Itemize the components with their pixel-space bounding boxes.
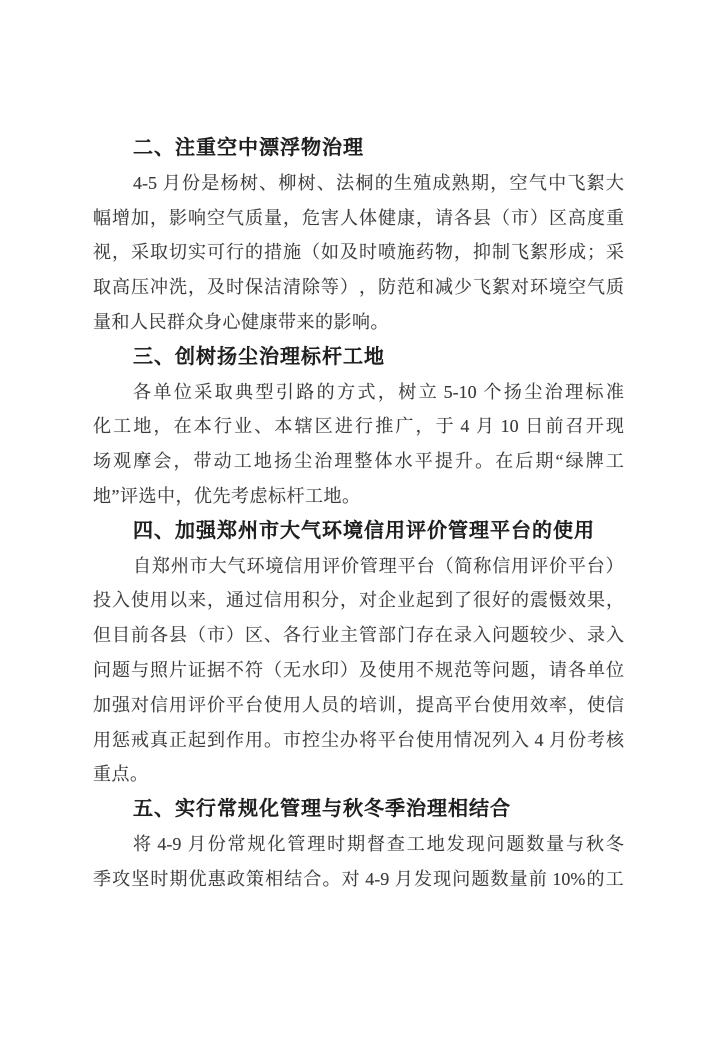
- text-run: 气: [587, 270, 605, 305]
- text-run: 危: [302, 201, 320, 236]
- text-run: 入: [473, 618, 491, 653]
- text-run: 强: [112, 688, 130, 723]
- text-run: 督: [367, 827, 385, 862]
- text-run: 以: [169, 583, 187, 618]
- text-run: 管: [360, 549, 378, 584]
- text-run: 各: [454, 201, 472, 236]
- text-run: 市: [207, 618, 225, 653]
- text-run: 在: [435, 618, 453, 653]
- text-run: 办: [340, 723, 358, 758]
- text-run: 存: [416, 618, 434, 653]
- text-run: ，: [340, 583, 358, 618]
- text-run: 冬: [606, 827, 624, 862]
- text-run: 用: [283, 688, 301, 723]
- text-run: 施: [283, 235, 301, 270]
- text-run: 采: [194, 375, 212, 410]
- text-run: 法: [336, 166, 354, 201]
- text-run: 典: [235, 375, 253, 410]
- text-run: 场: [93, 444, 111, 479]
- text-run: ；: [587, 235, 605, 270]
- text-run: 立: [419, 375, 437, 410]
- text-run: 前: [529, 862, 547, 897]
- text-run: 洗: [169, 270, 187, 305]
- text-run: 前: [131, 618, 149, 653]
- text-run: 市: [511, 201, 529, 236]
- text-run: 使: [492, 688, 510, 723]
- text-run: 题: [511, 653, 529, 688]
- text-run: 絮: [587, 166, 605, 201]
- text-run: ，: [454, 235, 472, 270]
- text-run: 工: [606, 444, 624, 479]
- text-run: 份: [182, 166, 200, 201]
- text-run: 的: [375, 166, 393, 201]
- text-run: 各: [150, 618, 168, 653]
- text-run: ）: [226, 618, 244, 653]
- text-run: 本: [274, 409, 292, 444]
- text-run: 简: [454, 549, 472, 584]
- text-run: 区: [315, 409, 333, 444]
- text-run: 工: [113, 409, 131, 444]
- text-run: 考: [587, 723, 605, 758]
- text-run: 不: [416, 653, 434, 688]
- text-run: 行: [226, 235, 244, 270]
- text-run: 高: [112, 270, 130, 305]
- text-run: 来: [188, 583, 206, 618]
- text-run: 期: [170, 862, 188, 897]
- text-run: 害: [321, 201, 339, 236]
- text-run: 用: [397, 653, 415, 688]
- text-run: 10%: [548, 862, 586, 897]
- text-run: 带: [194, 444, 212, 479]
- text-run: 合: [303, 862, 321, 897]
- text-run: 位: [174, 375, 192, 410]
- body-line: 取高压冲洗，及时保洁清除等），防范和减少飞絮对环境空气质: [93, 270, 624, 305]
- text-run: ）: [340, 270, 358, 305]
- text-run: 10: [496, 409, 523, 444]
- text-run: 对: [342, 862, 360, 897]
- text-run: ，: [378, 375, 396, 410]
- text-run: 证: [188, 653, 206, 688]
- text-run: 政: [227, 862, 245, 897]
- text-run: ，: [490, 166, 508, 201]
- text-run: 请: [435, 201, 453, 236]
- text-run: 桐: [355, 166, 373, 201]
- text-run: 影: [169, 201, 187, 236]
- text-run: 生: [394, 166, 412, 201]
- text-run: 各: [283, 618, 301, 653]
- text-run: 用: [245, 723, 263, 758]
- text-run: 率: [549, 688, 567, 723]
- text-run: 空: [510, 166, 528, 201]
- text-run: 工: [234, 444, 252, 479]
- text-run: 取: [150, 235, 168, 270]
- text-run: 成: [432, 166, 450, 201]
- text-run: 后: [515, 444, 533, 479]
- text-run: 震: [530, 583, 548, 618]
- body-line: 将 4-9 月份常规化管理时期督查工地发现问题数量与秋冬: [93, 827, 624, 862]
- text-run: 提: [435, 444, 453, 479]
- text-run: 取: [215, 375, 233, 410]
- text-run: 市: [283, 723, 301, 758]
- text-run: 准: [606, 375, 624, 410]
- body-line: 问题与照片证据不符（无水印）及使用不规范等问题，请各单位: [93, 653, 624, 688]
- text-run: 行: [355, 409, 373, 444]
- text-run: 。: [475, 444, 493, 479]
- text-run: 及: [340, 235, 358, 270]
- text-run: 郑: [152, 549, 170, 584]
- text-run: 治: [314, 444, 332, 479]
- body-line: 幅增加，影响空气质量，危害人体健康，请各县（市）区高度重: [93, 201, 624, 236]
- text-run: 区: [549, 201, 567, 236]
- text-run: 的: [340, 688, 358, 723]
- text-run: 县: [473, 201, 491, 236]
- text-run: 如: [321, 235, 339, 270]
- text-run: 到: [207, 723, 225, 758]
- text-run: 冲: [150, 270, 168, 305]
- text-run: 培: [359, 688, 377, 723]
- text-run: （: [264, 653, 282, 688]
- text-run: 于: [436, 409, 454, 444]
- text-run: 核: [606, 723, 624, 758]
- text-run: 主: [340, 618, 358, 653]
- text-run: 会: [153, 444, 171, 479]
- text-run: 起: [416, 583, 434, 618]
- text-run: 时: [226, 270, 244, 305]
- text-run: 台: [587, 549, 605, 584]
- text-run: 信: [492, 549, 510, 584]
- text-run: 用: [435, 723, 453, 758]
- text-run: 单: [587, 653, 605, 688]
- text-run: 尘: [294, 444, 312, 479]
- text-run: 慑: [549, 583, 567, 618]
- text-run: 高: [435, 688, 453, 723]
- text-run: 康: [397, 201, 415, 236]
- text-run: 4: [530, 723, 548, 758]
- text-run: ，: [397, 688, 415, 723]
- text-run: 惩: [112, 723, 130, 758]
- body-line: 各单位采取典型引路的方式，树立 5-10 个扬尘治理标准: [93, 375, 624, 410]
- text-run: ，: [530, 653, 548, 688]
- text-run: 治: [545, 375, 563, 410]
- text-run: 期: [471, 166, 489, 201]
- text-run: 台: [397, 723, 415, 758]
- text-run: 4-5: [133, 166, 162, 201]
- text-run: 市: [190, 549, 208, 584]
- text-run: 期: [347, 827, 365, 862]
- text-run: 使: [264, 688, 282, 723]
- text-run: 压: [131, 270, 149, 305]
- document-text: 二、注重空中漂浮物治理4-5 月份是杨树、柳树、法桐的生殖成熟期，空气中飞絮大幅…: [93, 131, 624, 897]
- text-run: 门: [397, 618, 415, 653]
- text-run: 企: [378, 583, 396, 618]
- text-run: 州: [171, 549, 189, 584]
- text-run: 气: [228, 549, 246, 584]
- text-run: 效: [568, 583, 586, 618]
- text-run: 分: [321, 583, 339, 618]
- text-run: 信: [150, 688, 168, 723]
- text-run: 况: [473, 723, 491, 758]
- text-run: 使: [587, 688, 605, 723]
- text-run: 用: [511, 549, 529, 584]
- text-run: 形: [549, 235, 567, 270]
- text-run: 的: [587, 862, 605, 897]
- text-run: ，: [606, 583, 624, 618]
- text-run: 积: [302, 583, 320, 618]
- text-run: 月: [163, 166, 181, 201]
- text-run: 攻: [112, 862, 130, 897]
- text-run: 查: [387, 827, 405, 862]
- text-run: 5-10: [439, 375, 481, 410]
- text-run: 4: [456, 409, 474, 444]
- text-run: 防: [378, 270, 396, 305]
- text-run: 用: [303, 549, 321, 584]
- text-run: ，: [207, 583, 225, 618]
- text-run: 响: [188, 201, 206, 236]
- text-run: 对: [359, 583, 377, 618]
- text-run: 观: [113, 444, 131, 479]
- text-run: 入: [511, 723, 529, 758]
- text-run: 用: [150, 583, 168, 618]
- text-run: 4-9: [361, 862, 394, 897]
- text-run: ，: [112, 235, 130, 270]
- body-line: 但目前各县（市）区、各行业主管部门存在录入问题较少、录入: [93, 618, 624, 653]
- text-run: 但: [93, 618, 111, 653]
- text-run: 日: [525, 409, 543, 444]
- text-run: 现: [606, 409, 624, 444]
- text-run: 范: [454, 653, 472, 688]
- text-run: 采: [131, 235, 149, 270]
- text-run: 绿: [566, 444, 584, 479]
- text-run: 各: [133, 375, 151, 410]
- text-run: 召: [566, 409, 584, 444]
- text-run: 大: [606, 166, 624, 201]
- text-run: 将: [133, 827, 151, 862]
- text-run: 等: [321, 270, 339, 305]
- text-run: 喷: [378, 235, 396, 270]
- text-run: 部: [378, 618, 396, 653]
- text-run: 飞: [567, 166, 585, 201]
- text-run: 洁: [264, 270, 282, 305]
- text-run: 絮: [492, 270, 510, 305]
- text-run: 在: [174, 409, 192, 444]
- text-run: 少: [549, 618, 567, 653]
- body-line: 投入使用以来，通过信用积分，对企业起到了很好的震慑效果，: [93, 583, 624, 618]
- text-run: 时: [359, 235, 377, 270]
- text-run: 使: [416, 723, 434, 758]
- text-run: 题: [511, 618, 529, 653]
- text-run: 台: [417, 549, 435, 584]
- section-heading: 三、创树扬尘治理标杆工地: [93, 340, 624, 375]
- text-run: 施: [397, 235, 415, 270]
- text-run: 用: [93, 723, 111, 758]
- text-run: 标: [586, 375, 604, 410]
- text-run: 絮: [530, 235, 548, 270]
- text-run: 除: [302, 270, 320, 305]
- text-run: 的: [317, 375, 335, 410]
- text-run: 飞: [473, 270, 491, 305]
- text-run: 问: [93, 653, 111, 688]
- text-run: 的: [245, 235, 263, 270]
- text-run: 果: [587, 583, 605, 618]
- text-run: 平: [568, 549, 586, 584]
- text-run: 题: [506, 827, 524, 862]
- text-run: ，: [150, 201, 168, 236]
- text-run: 目: [112, 618, 130, 653]
- text-run: 健: [378, 201, 396, 236]
- text-run: 扬: [274, 444, 292, 479]
- text-run: “: [556, 444, 564, 479]
- text-run: 度: [587, 201, 605, 236]
- text-run: （: [436, 549, 454, 584]
- text-run: 问: [486, 827, 504, 862]
- text-run: 时: [150, 862, 168, 897]
- text-run: 广: [395, 409, 413, 444]
- text-run: 区: [245, 618, 263, 653]
- text-run: 问: [452, 862, 470, 897]
- text-run: 人: [302, 688, 320, 723]
- text-run: 业: [234, 409, 252, 444]
- text-run: 份: [208, 827, 226, 862]
- text-run: 单: [153, 375, 171, 410]
- text-run: 通: [226, 583, 244, 618]
- text-run: 使: [131, 583, 149, 618]
- text-run: 信: [264, 583, 282, 618]
- body-line: 4-5 月份是杨树、柳树、法桐的生殖成熟期，空气中飞絮大: [93, 166, 624, 201]
- text-run: 了: [454, 583, 472, 618]
- text-run: 数: [491, 862, 509, 897]
- text-run: 水: [302, 653, 320, 688]
- text-run: 月: [395, 862, 413, 897]
- text-run: 化: [267, 827, 285, 862]
- text-run: 月: [549, 723, 567, 758]
- text-run: 柳: [278, 166, 296, 201]
- text-run: 题: [112, 653, 130, 688]
- text-run: 气: [226, 201, 244, 236]
- text-run: 份: [568, 723, 586, 758]
- text-run: 位: [606, 653, 624, 688]
- text-run: 称: [473, 549, 491, 584]
- text-run: 清: [283, 270, 301, 305]
- text-run: 管: [287, 827, 305, 862]
- text-run: 片: [169, 653, 187, 688]
- body-line: 场观摩会，带动工地扬尘治理整体水平提升。在后期“绿牌工: [93, 444, 624, 479]
- text-run: 员: [321, 688, 339, 723]
- text-run: 可: [207, 235, 225, 270]
- text-run: 理: [565, 375, 583, 410]
- text-run: 地: [133, 409, 151, 444]
- text-run: 起: [188, 723, 206, 758]
- text-run: 很: [473, 583, 491, 618]
- text-run: 现: [433, 862, 451, 897]
- text-run: ）: [340, 653, 358, 688]
- text-run: 实: [188, 235, 206, 270]
- text-run: 境: [265, 549, 283, 584]
- text-run: 尘: [524, 375, 542, 410]
- text-run: 境: [549, 270, 567, 305]
- text-run: 引: [276, 375, 294, 410]
- text-run: 常: [228, 827, 246, 862]
- text-run: 平: [378, 723, 396, 758]
- text-run: （: [302, 235, 320, 270]
- text-run: 化: [93, 409, 111, 444]
- document-page: 二、注重空中漂浮物治理4-5 月份是杨树、柳树、法桐的生殖成熟期，空气中飞絮大幅…: [0, 0, 720, 1043]
- text-run: 地: [254, 444, 272, 479]
- text-run: 和: [416, 270, 434, 305]
- text-run: 过: [245, 583, 263, 618]
- text-run: 投: [93, 583, 111, 618]
- text-run: 树: [298, 166, 316, 201]
- text-run: 符: [245, 653, 263, 688]
- text-run: 成: [568, 235, 586, 270]
- text-run: 业: [321, 618, 339, 653]
- body-line: 视，采取切实可行的措施（如及时喷施药物，抑制飞絮形成；采: [93, 235, 624, 270]
- text-run: 整: [354, 444, 372, 479]
- text-run: 保: [245, 270, 263, 305]
- text-run: （: [188, 618, 206, 653]
- text-run: 减: [435, 270, 453, 305]
- text-run: 较: [530, 618, 548, 653]
- text-run: 本: [194, 409, 212, 444]
- text-run: 县: [169, 618, 187, 653]
- text-run: 升: [455, 444, 473, 479]
- text-run: 坚: [131, 862, 149, 897]
- text-run: 对: [511, 270, 529, 305]
- text-run: 、: [259, 166, 277, 201]
- text-run: 辖: [295, 409, 313, 444]
- text-run: 质: [245, 201, 263, 236]
- section-heading: 二、注重空中漂浮物治理: [93, 131, 624, 166]
- text-run: 列: [492, 723, 510, 758]
- text-run: 方: [337, 375, 355, 410]
- text-run: 、: [264, 618, 282, 653]
- text-run: 体: [359, 201, 377, 236]
- text-run: 戒: [131, 723, 149, 758]
- text-run: 殖: [413, 166, 431, 201]
- text-run: 质: [606, 270, 624, 305]
- text-run: 问: [492, 653, 510, 688]
- text-run: 大: [209, 549, 227, 584]
- text-run: 树: [398, 375, 416, 410]
- text-run: 体: [375, 444, 393, 479]
- text-run: 用: [511, 688, 529, 723]
- text-run: 效: [530, 688, 548, 723]
- text-run: 平: [226, 688, 244, 723]
- text-run: 量: [510, 862, 528, 897]
- text-run: ，: [416, 201, 434, 236]
- text-run: 范: [397, 270, 415, 305]
- text-run: 评: [322, 549, 340, 584]
- text-run: 问: [492, 618, 510, 653]
- text-run: 药: [416, 235, 434, 270]
- body-line: 化工地，在本行业、本辖区进行推广，于 4 月 10 日前召开现: [93, 409, 624, 444]
- text-run: 、: [254, 409, 272, 444]
- text-run: 路: [296, 375, 314, 410]
- text-run: 数: [526, 827, 544, 862]
- body-line: 地”评选中，优先考虑标杆工地。: [93, 479, 624, 514]
- text-run: 无: [283, 653, 301, 688]
- text-run: 规: [248, 827, 266, 862]
- text-run: 杨: [221, 166, 239, 201]
- text-run: ，: [283, 201, 301, 236]
- text-run: 台: [473, 688, 491, 723]
- text-run: 等: [473, 653, 491, 688]
- text-run: 理: [334, 444, 352, 479]
- text-run: 幅: [93, 201, 111, 236]
- text-run: 量: [546, 827, 564, 862]
- body-line: 自郑州市大气环境信用评价管理平台（简称信用评价平台）: [93, 549, 624, 584]
- text-run: 相: [265, 862, 283, 897]
- text-run: 工: [606, 862, 624, 897]
